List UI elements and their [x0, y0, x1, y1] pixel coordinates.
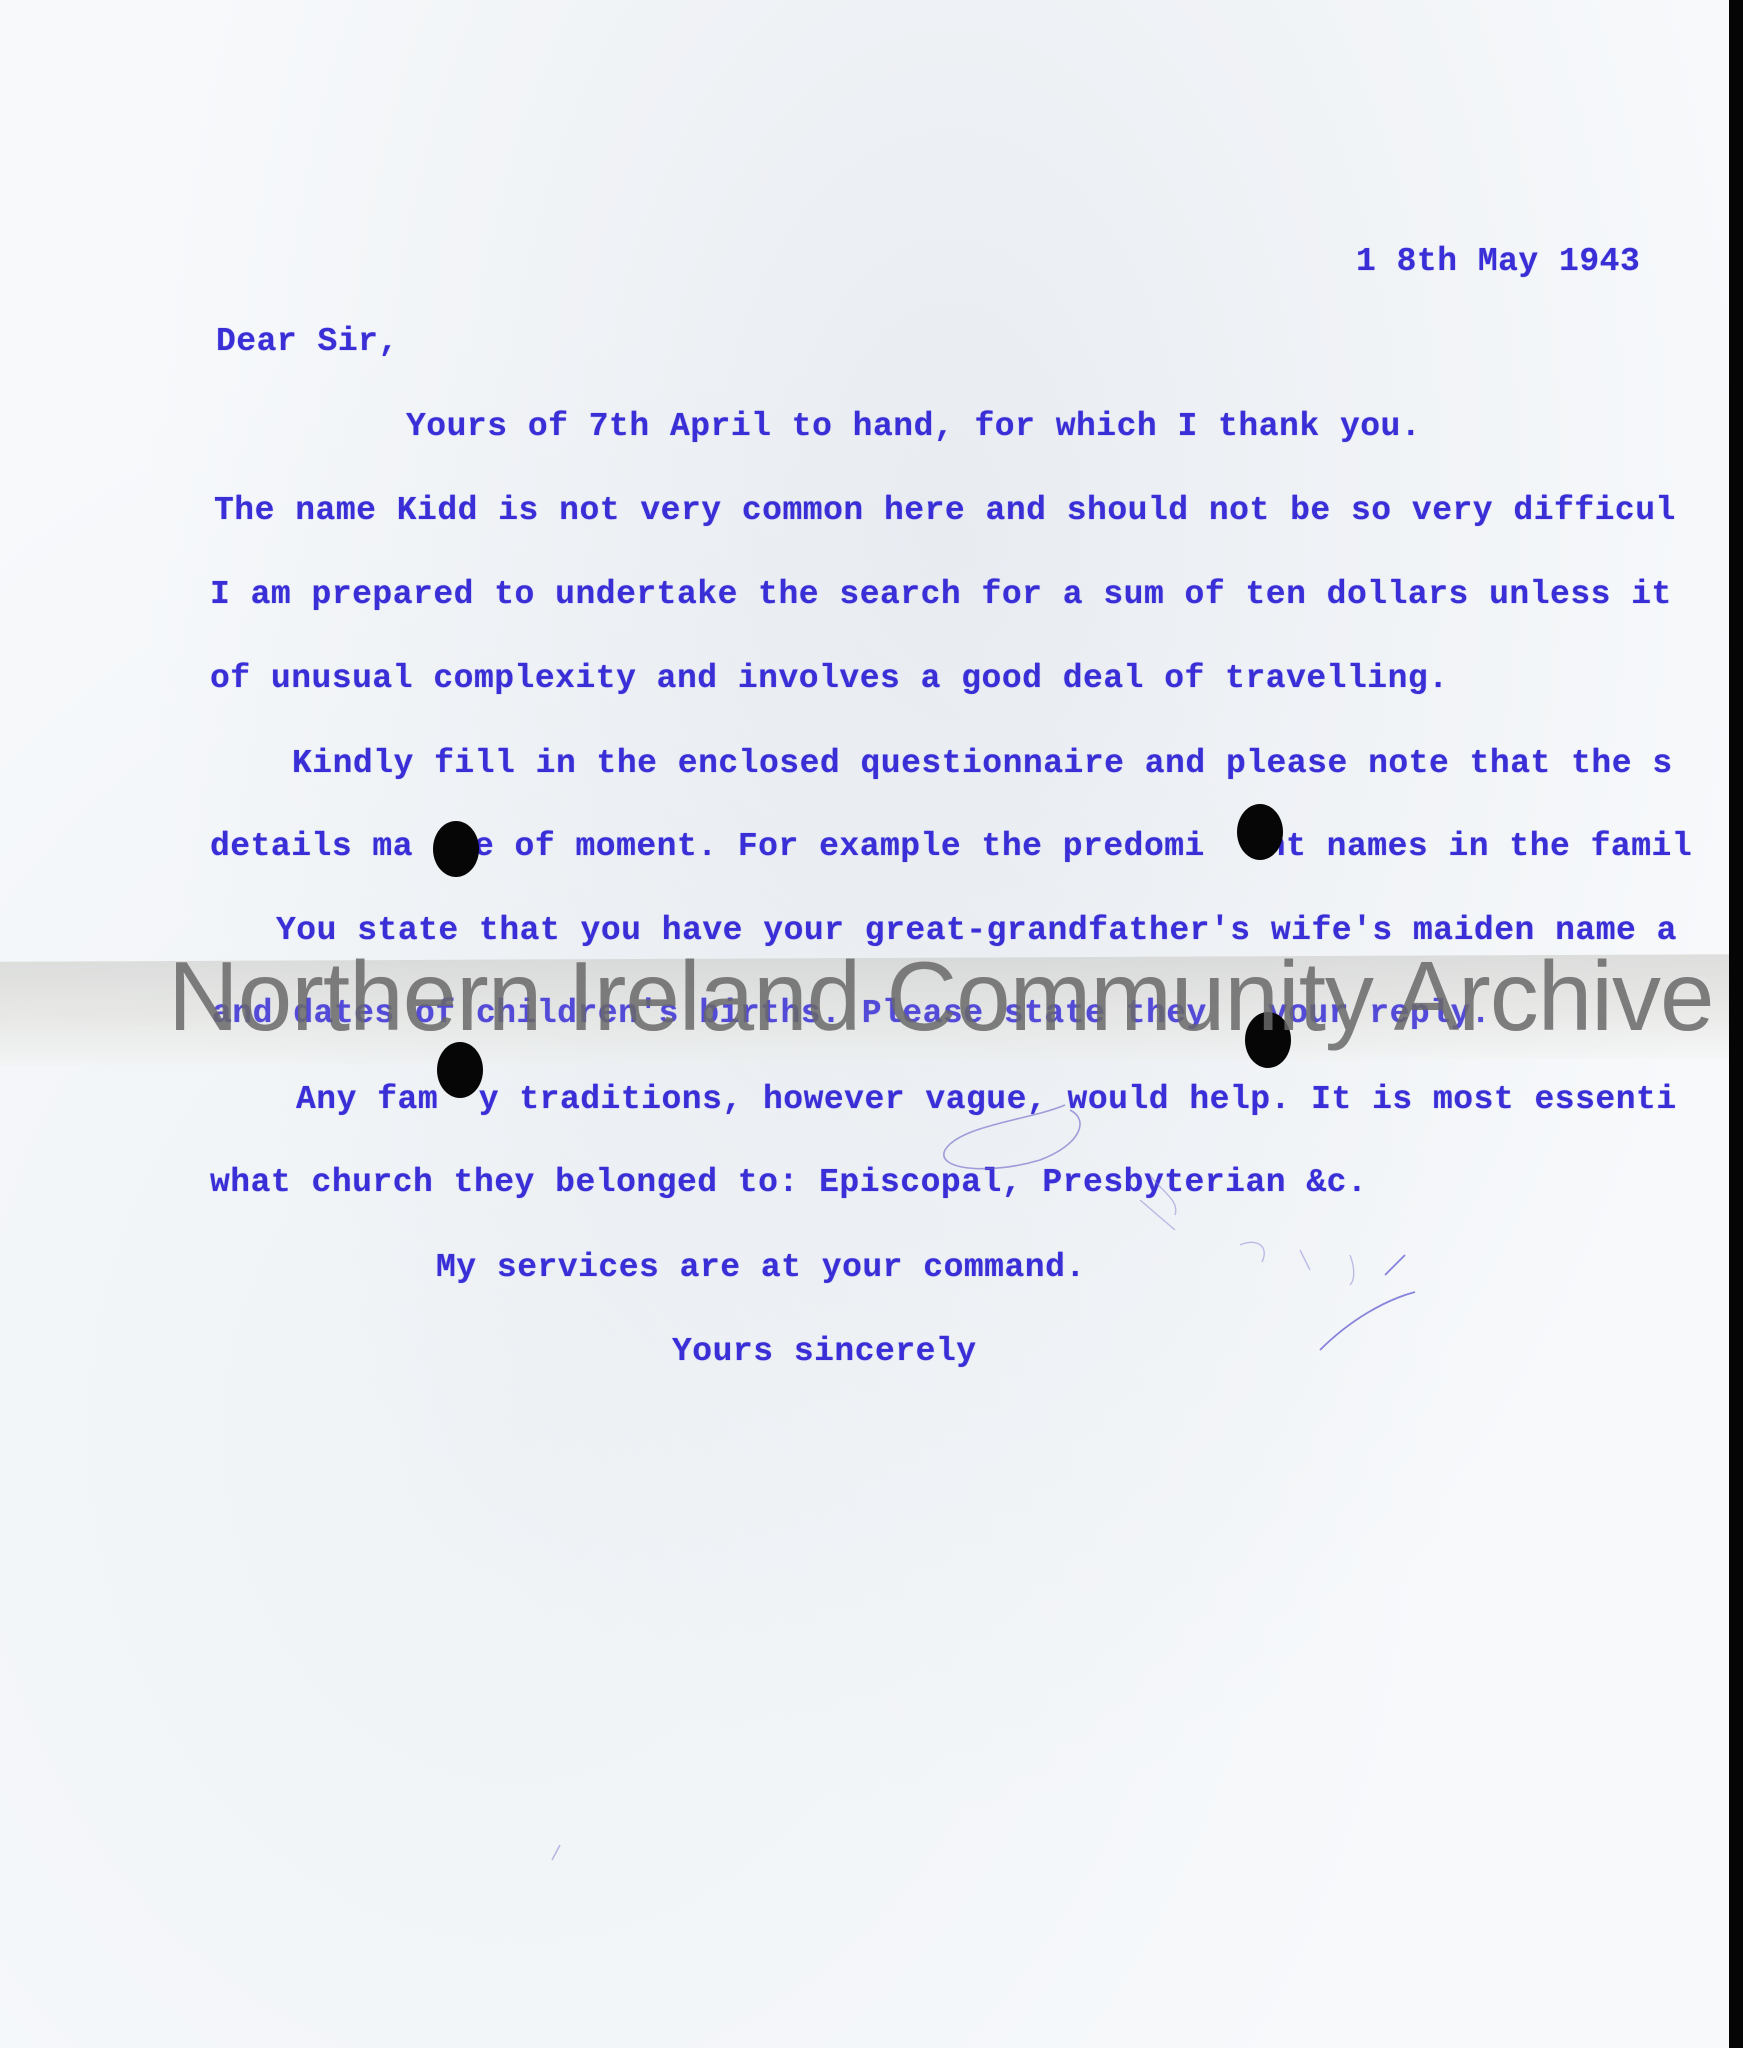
archive-watermark: Northern Ireland Community Archive [168, 940, 1714, 1053]
body-line: of unusual complexity and involves a goo… [210, 660, 1449, 697]
salutation: Dear Sir, [216, 323, 399, 360]
punch-hole [433, 821, 479, 877]
punch-hole [1237, 804, 1283, 860]
valediction: Yours sincerely [672, 1333, 977, 1370]
letter-page: 1 8th May 1943 Dear Sir, Yours of 7th Ap… [0, 0, 1729, 2048]
body-line: Yours of 7th April to hand, for which I … [406, 408, 1421, 445]
body-line: Kindly fill in the enclosed questionnair… [292, 745, 1673, 782]
letter-date: 1 8th May 1943 [1356, 243, 1640, 280]
scan-edge-border [1729, 0, 1743, 2048]
closing-line: My services are at your command. [436, 1249, 1086, 1286]
body-line: I am prepared to undertake the search fo… [210, 576, 1672, 613]
body-line: Any fam y traditions, however vague, wou… [296, 1081, 1677, 1118]
body-line: what church they belonged to: Episcopal,… [210, 1164, 1367, 1201]
body-line: The name Kidd is not very common here an… [214, 492, 1676, 529]
